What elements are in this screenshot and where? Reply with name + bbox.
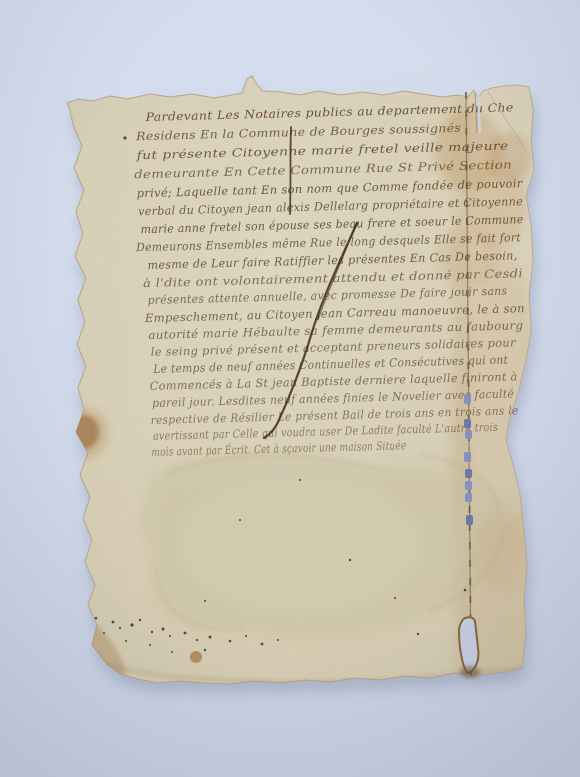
photo-of-manuscript: Pardevant Les Notaires publics au depart… [0,0,580,777]
photo-vignette [0,0,580,777]
